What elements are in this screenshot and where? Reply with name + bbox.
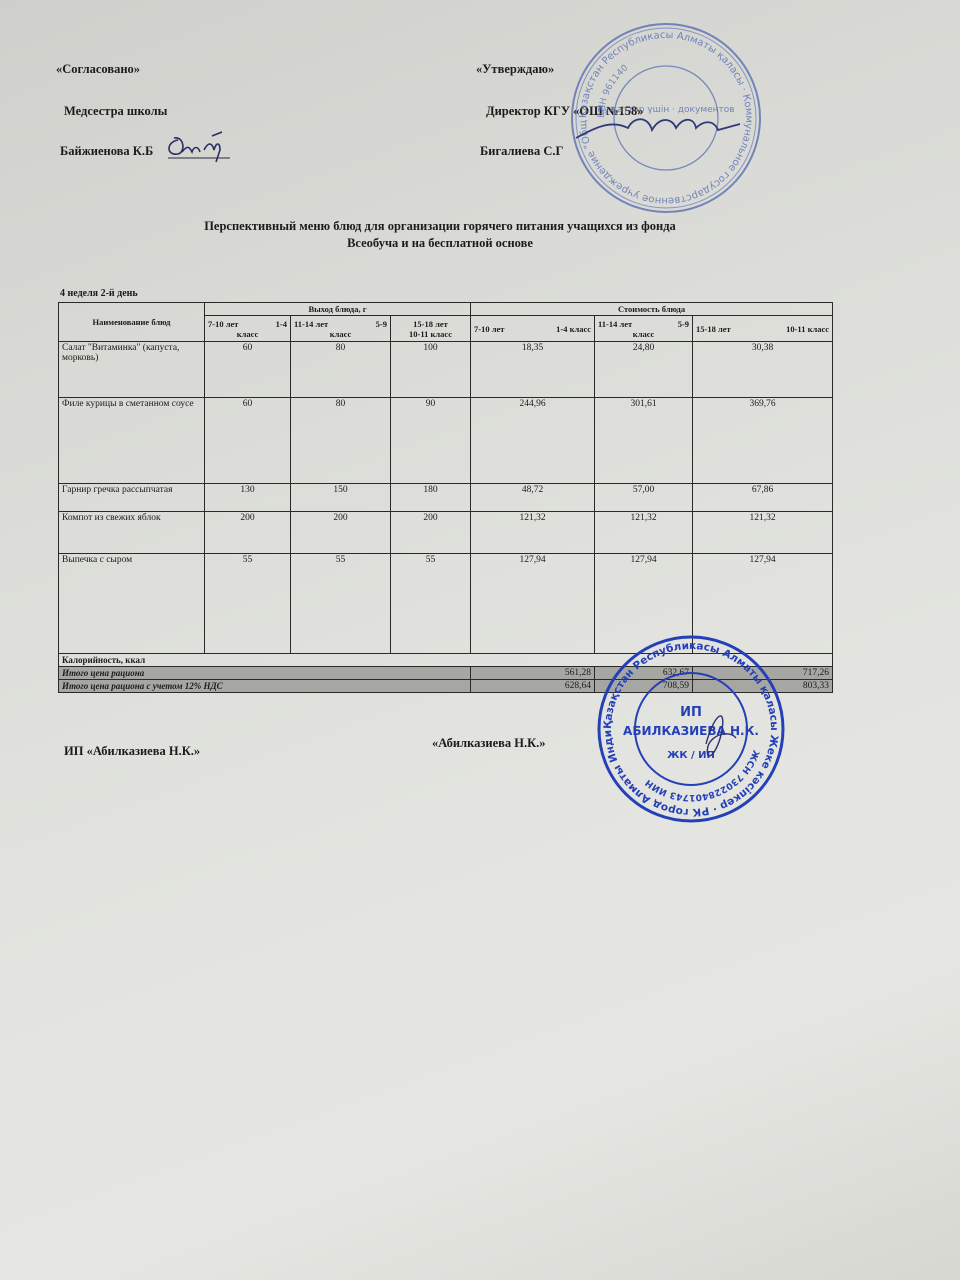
dish-output: 55 xyxy=(391,554,471,654)
footer-right-signatory: «Абилказиева Н.К.» xyxy=(432,736,546,751)
col-dish-name: Наименование блюд xyxy=(59,303,205,342)
dish-cost: 57,00 xyxy=(595,484,693,512)
menu-table: Наименование блюд Выход блюда, г Стоимос… xyxy=(58,302,833,693)
dish-output: 200 xyxy=(391,512,471,554)
col-output-7-10: 7-10 лет1-4 класс xyxy=(205,316,291,342)
col-group-cost: Стоимость блюда xyxy=(471,303,833,316)
dish-cost: 121,32 xyxy=(595,512,693,554)
dish-output: 180 xyxy=(391,484,471,512)
dish-name: Филе курицы в сметанном соусе xyxy=(59,398,205,484)
dish-output: 80 xyxy=(291,342,391,398)
dish-cost: 121,32 xyxy=(693,512,833,554)
col-group-output: Выход блюда, г xyxy=(205,303,471,316)
dish-name: Гарнир гречка рассыпчатая xyxy=(59,484,205,512)
school-stamp: Қазақстан Республикасы Алматы қаласы · К… xyxy=(568,20,764,216)
dish-cost: 369,76 xyxy=(693,398,833,484)
dish-cost: 127,94 xyxy=(471,554,595,654)
nurse-position: Медсестра школы xyxy=(64,104,167,119)
table-row: Компот из свежих яблок200200200121,32121… xyxy=(59,512,833,554)
director-name: Бигалиева С.Г xyxy=(480,144,564,159)
dish-cost: 30,38 xyxy=(693,342,833,398)
table-row: Гарнир гречка рассыпчатая13015018048,725… xyxy=(59,484,833,512)
nurse-name: Байжиенова К.Б xyxy=(60,144,153,159)
document-title: Перспективный меню блюд для организации … xyxy=(170,218,710,252)
dish-name: Выпечка с сыром xyxy=(59,554,205,654)
total-cost-7-10: 561,28 xyxy=(471,667,595,680)
dish-cost: 244,96 xyxy=(471,398,595,484)
total-label: Итого цена рациона xyxy=(59,667,471,680)
approve-label: «Утверждаю» xyxy=(476,62,554,77)
dish-cost: 301,61 xyxy=(595,398,693,484)
dish-cost: 24,80 xyxy=(595,342,693,398)
svg-text:ИП: ИП xyxy=(680,705,702,720)
dish-output: 100 xyxy=(391,342,471,398)
footer-left-signatory: ИП «Абилказиева Н.К.» xyxy=(64,744,200,759)
title-line-2: Всеобуча и на бесплатной основе xyxy=(170,235,710,252)
col-cost-15-18: 15-18 лет10-11 класс xyxy=(693,316,833,342)
dish-output: 200 xyxy=(291,512,391,554)
dish-cost: 18,35 xyxy=(471,342,595,398)
svg-text:Құжаттар үшін · документов: Құжаттар үшін · документов xyxy=(597,105,734,115)
week-day-label: 4 неделя 2-й день xyxy=(60,288,138,299)
dish-output: 60 xyxy=(205,342,291,398)
dish-name: Салат "Витаминка" (капуста, морковь) xyxy=(59,342,205,398)
dish-output: 55 xyxy=(205,554,291,654)
col-output-15-18: 15-18 лет 10-11 класс xyxy=(391,316,471,342)
dish-output: 80 xyxy=(291,398,391,484)
dish-name: Компот из свежих яблок xyxy=(59,512,205,554)
dish-output: 55 xyxy=(291,554,391,654)
agreed-label: «Согласовано» xyxy=(56,62,140,77)
dish-cost: 121,32 xyxy=(471,512,595,554)
total-vat-label: Итого цена рациона с учетом 12% НДС xyxy=(59,680,471,693)
col-cost-7-10: 7-10 лет1-4 класс xyxy=(471,316,595,342)
ip-stamp: Қазақстан Республикасы Алматы қаласы Жек… xyxy=(596,634,786,824)
table-row: Салат "Витаминка" (капуста, морковь)6080… xyxy=(59,342,833,398)
col-output-11-14: 11-14 лет5-9 класс xyxy=(291,316,391,342)
dish-cost: 48,72 xyxy=(471,484,595,512)
title-line-1: Перспективный меню блюд для организации … xyxy=(170,218,710,235)
total-vat-7-10: 628,64 xyxy=(471,680,595,693)
dish-output: 150 xyxy=(291,484,391,512)
svg-text:АБИЛКАЗИЕВА Н.К.: АБИЛКАЗИЕВА Н.К. xyxy=(623,724,759,738)
dish-cost: 67,86 xyxy=(693,484,833,512)
dish-output: 60 xyxy=(205,398,291,484)
dish-output: 200 xyxy=(205,512,291,554)
col-cost-11-14: 11-14 лет5-9 класс xyxy=(595,316,693,342)
dish-output: 130 xyxy=(205,484,291,512)
table-row: Филе курицы в сметанном соусе608090244,9… xyxy=(59,398,833,484)
dish-output: 90 xyxy=(391,398,471,484)
nurse-signature xyxy=(160,128,240,164)
